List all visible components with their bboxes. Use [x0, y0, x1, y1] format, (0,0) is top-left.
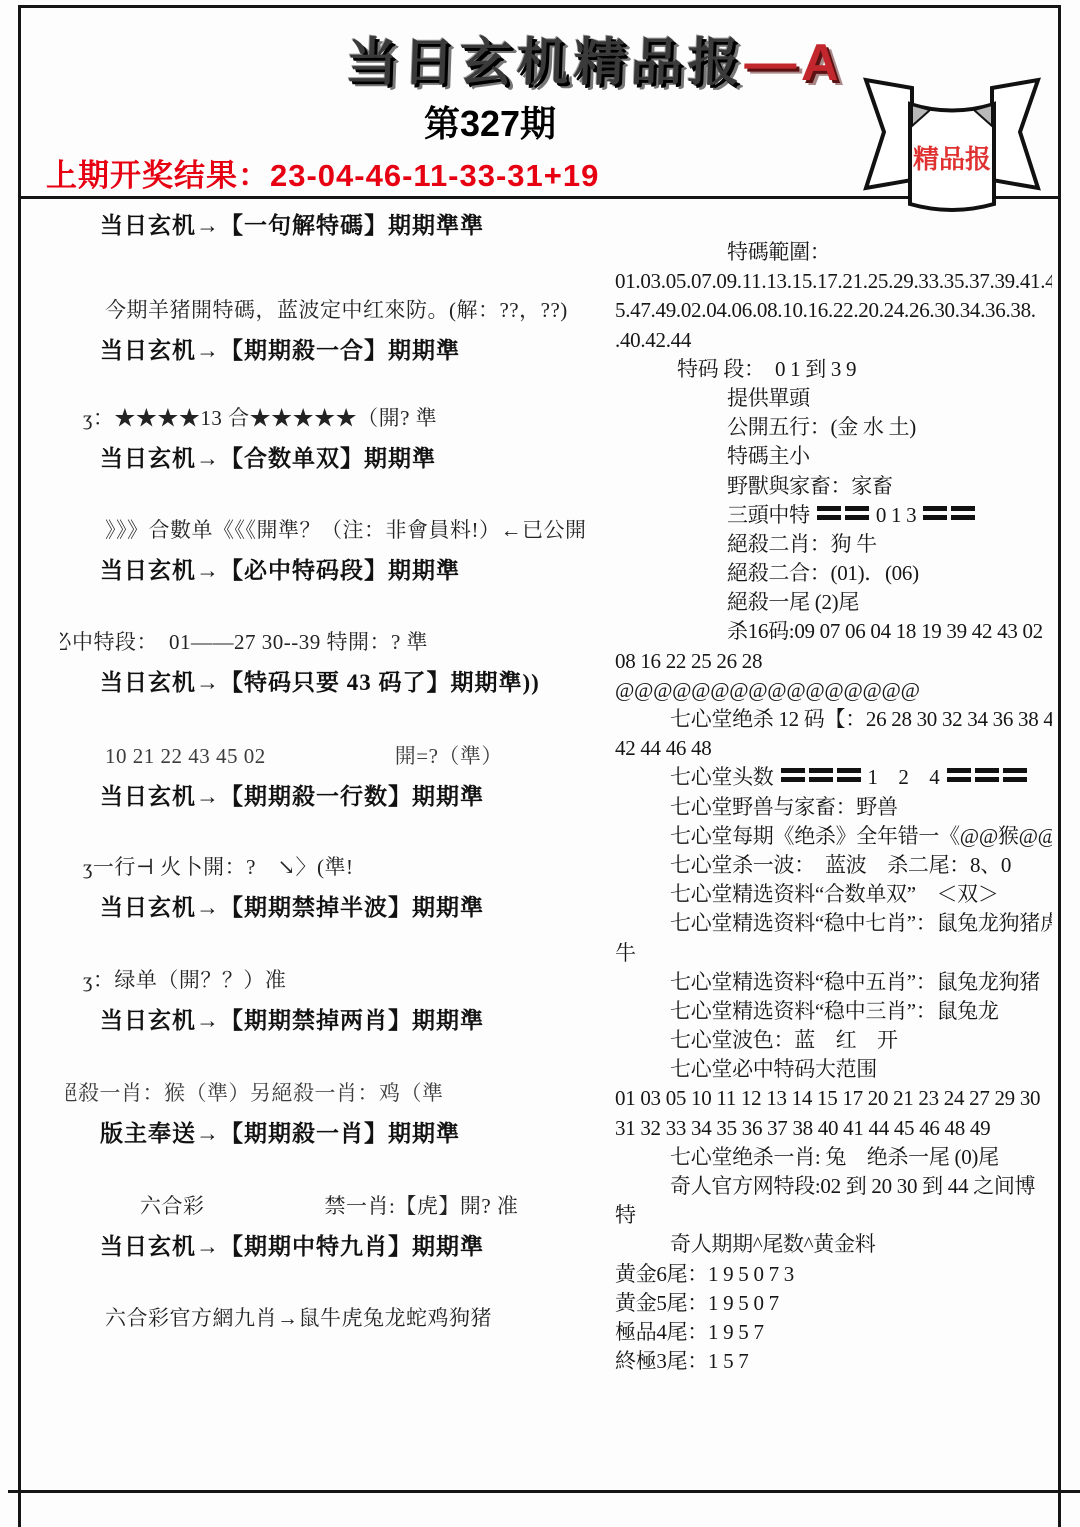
masthead-title-suffix: —A	[744, 34, 846, 92]
tip-head: 当日玄机→【特码只要 43 码了】期期準))	[100, 664, 540, 697]
info-line: 七心堂精选资料“合数单双” ＜双＞	[615, 880, 1052, 909]
info-line: 七心堂每期《绝杀》全年错一《@@猴@@》	[615, 822, 1052, 851]
info-line: 七心堂精选资料“稳中五肖”：鼠兔龙狗猪	[615, 968, 1052, 997]
info-line: 特碼主小	[615, 442, 1052, 471]
double-bar-icon	[815, 501, 871, 530]
tip-section: 六合彩禁一肖:【虎】開? 准 当日玄机→【期期中特九肖】期期準	[100, 1190, 518, 1261]
double-bar-icon	[779, 763, 863, 792]
tip-section: ʒ一行⊣ 火卜開：? ↘〉(準! 当日玄机→【期期禁掉半波】期期準	[83, 851, 484, 922]
info-line: 七心堂杀一波： 蓝波 杀二尾：8、0	[615, 851, 1052, 880]
special-code-range-title: 特碼範圍：	[615, 238, 1052, 267]
big-range-row: 01 03 05 10 11 12 13 14 15 17 20 21 23 2…	[615, 1084, 1052, 1113]
tip-section: 必中特段： 01——27 30--39 特開：? 準 当日玄机→【特码只要 43…	[60, 626, 540, 697]
golden-tail-row: 終極3尾：1 5 7	[615, 1347, 1052, 1376]
tip-head: 当日玄机→【期期禁掉两肖】期期準	[100, 1002, 484, 1035]
clipped-char: 必	[60, 626, 72, 656]
tip-head: 当日玄机→【期期殺一行数】期期準	[100, 778, 503, 811]
tip-head: 当日玄机→【一句解特碼】期期準準	[100, 207, 484, 240]
special-code-range-row: 01.03.05.07.09.11.13.15.17.21.25.29.33.3…	[615, 267, 1052, 296]
masthead-title-main: 当日玄机精品报	[344, 34, 745, 92]
wave-color-line: 七心堂波色：蓝 红 开	[615, 1026, 1052, 1055]
golden-tail-row: 黄金5尾：1 9 5 0 7	[615, 1289, 1052, 1318]
info-line: 野獸與家畜：家畜	[615, 472, 1052, 501]
golden-tail-row: 黄金6尾：1 9 5 0 7 3	[615, 1260, 1052, 1289]
info-line-cont: 牛	[615, 939, 1052, 968]
at-separator-row: @@@@@@@@@@@@@@@@	[615, 676, 1052, 705]
double-bar-icon	[921, 501, 977, 530]
ban-zodiac: 禁一肖:【虎】開? 准	[325, 1194, 519, 1218]
big-range-title: 七心堂必中特码大范围	[615, 1055, 1052, 1084]
tip-head: 当日玄机→【合数单双】期期準	[100, 440, 437, 473]
footer-divider-line	[8, 1490, 1080, 1493]
tip-head: 当日玄机→【期期殺一合】期期準	[100, 332, 568, 365]
big-range-row: 31 32 33 34 35 36 37 38 40 41 44 45 46 4…	[615, 1114, 1052, 1143]
qiren-segment-line: 奇人官方网特段:02 到 20 30 到 44 之间博	[615, 1172, 1052, 1201]
tip-head: 当日玄机→【必中特码段】期期準	[100, 552, 587, 585]
tip-section: 六合彩官方網九肖→鼠牛虎兔龙蛇鸡狗猪	[105, 1302, 492, 1332]
tip-section: 今期羊猪開特碼，蓝波定中红來防。(解：??，??) 当日玄机→【期期殺一合】期期…	[100, 294, 568, 365]
five-elements-line: 公開五行：(金 水 土)	[615, 413, 1052, 442]
qixintang-heads-line: 七心堂头数1 2 4	[615, 763, 1052, 792]
info-line: 七心堂精选资料“稳中三肖”：鼠兔龙	[615, 997, 1052, 1026]
info-line: 七心堂精选资料“稳中七肖”：鼠兔龙狗猪虎	[615, 909, 1052, 938]
qixintang-kill-12: 七心堂绝杀 12 码【：26 28 30 32 34 36 38 40	[615, 705, 1052, 734]
tip-head: 当日玄机→【期期中特九肖】期期準	[100, 1228, 518, 1261]
tip-line: ʒ：★★★★13 合★★★★★（開? 準	[83, 402, 437, 432]
golden-tails-title: 奇人期期^尾数^黄金料	[615, 1230, 1052, 1259]
double-bar-icon	[945, 763, 1029, 792]
info-line: 七心堂野兽与家畜：野兽	[615, 793, 1052, 822]
tip-line: 》》》合數单《《《開準？（注：非會員料!）←已公開	[105, 514, 587, 544]
info-line: 絕殺二肖：狗 牛	[615, 530, 1052, 559]
tip-head: 当日玄机→【期期禁掉半波】期期準	[100, 889, 484, 922]
special-code-range-row: .40.42.44	[615, 326, 1052, 355]
info-line: 七心堂绝杀一肖: 兔 绝杀一尾 (0)尾	[615, 1143, 1052, 1172]
qiren-segment-cont: 特	[615, 1201, 1052, 1230]
tip-section: 絕殺一肖：猴（準）另絕殺一肖：鸡（準 版主奉送→【期期殺一肖】期期準	[66, 1077, 460, 1148]
tip-line: 10 21 22 43 45 02 開=?（準）	[105, 740, 503, 770]
tip-line: 必中特段： 01——27 30--39 特開：? 準	[60, 626, 540, 656]
tip-line: 絕殺一肖：猴（準）另絕殺一肖：鸡（準	[66, 1077, 460, 1107]
qixintang-kill-12-cont: 42 44 46 48	[615, 734, 1052, 763]
right-info-column: 特碼範圍： 01.03.05.07.09.11.13.15.17.21.25.2…	[615, 238, 1052, 1376]
info-line: 提供單頭	[615, 384, 1052, 413]
ribbon-right-wing	[992, 80, 1038, 188]
ribbon-banner-icon: 精品报	[860, 76, 1044, 218]
golden-tail-row: 極品4尾：1 9 5 7	[615, 1318, 1052, 1347]
ribbon-label: 精品报	[913, 144, 991, 174]
tip-line: 今期羊猪開特碼，蓝波定中红來防。(解：??，??)	[105, 294, 568, 324]
three-heads-line: 三頭中特0 1 3	[615, 501, 1052, 530]
lottery-label: 六合彩	[140, 1194, 205, 1218]
tip-section: ʒ：绿单（開？？）准 当日玄机→【期期禁掉两肖】期期準	[83, 964, 484, 1035]
ribbon-left-wing	[866, 80, 912, 188]
tip-line: ʒ一行⊣ 火卜開：? ↘〉(準!	[83, 851, 484, 881]
tip-line: 六合彩官方網九肖→鼠牛虎兔龙蛇鸡狗猪	[105, 1302, 492, 1332]
kill-16-codes: 杀16码:09 07 06 04 18 19 39 42 43 02	[615, 617, 1052, 646]
tip-line: 六合彩禁一肖:【虎】開? 准	[100, 1190, 518, 1220]
tip-head: 版主奉送→【期期殺一肖】期期準	[100, 1115, 460, 1148]
tip-section: ʒ：★★★★13 合★★★★★（開? 準 当日玄机→【合数单双】期期準	[83, 402, 437, 473]
kill-16-codes-cont: 08 16 22 25 26 28	[615, 647, 1052, 676]
last-draw-result: 上期开奖结果：23-04-46-11-33-31+19	[46, 150, 599, 195]
clipped-char: 絕	[66, 1077, 78, 1107]
tip-section: 当日玄机→【一句解特碼】期期準準	[100, 207, 484, 240]
info-line: 絕殺二合：(01)．(06)	[615, 559, 1052, 588]
tip-section: 》》》合數单《《《開準？（注：非會員料!）←已公開 当日玄机→【必中特码段】期期…	[100, 514, 587, 585]
special-code-range-row: 5.47.49.02.04.06.08.10.16.22.20.24.26.30…	[615, 296, 1052, 325]
special-code-segment: 特码 段： 0 1 到 3 9	[615, 355, 1052, 384]
tip-line: ʒ：绿单（開？？）准	[83, 964, 484, 994]
tip-section: 10 21 22 43 45 02 開=?（準） 当日玄机→【期期殺一行数】期期…	[100, 740, 503, 811]
info-line: 絕殺一尾 (2)尾	[615, 588, 1052, 617]
